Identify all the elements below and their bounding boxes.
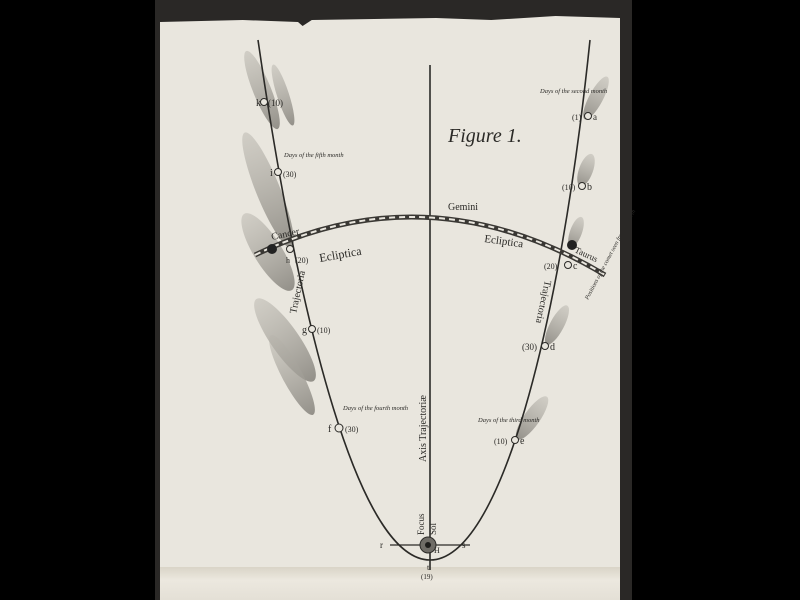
point-c-letter: c bbox=[573, 261, 578, 272]
ecliptic-label-left: Ecliptica bbox=[318, 244, 363, 265]
figure-title: Figure 1. bbox=[447, 125, 522, 147]
note-fifth-month: Days of the fifth month bbox=[283, 152, 344, 159]
point-e-days: (10) bbox=[494, 437, 508, 446]
point-t-value: (19) bbox=[421, 573, 433, 581]
sol-label: Sol bbox=[428, 522, 438, 535]
note-second-month: Days of the second month bbox=[539, 88, 607, 95]
comet-tails-right bbox=[511, 74, 614, 444]
point-s-label: s bbox=[462, 540, 466, 550]
note-third-month: Days of the third month bbox=[477, 417, 540, 424]
point-k-days: (10) bbox=[268, 98, 283, 108]
point-d-letter: d bbox=[550, 342, 555, 353]
focus-label: Focus bbox=[416, 513, 426, 535]
point-r-label: r bbox=[380, 540, 383, 550]
point-h-days: (20) bbox=[295, 256, 309, 265]
point-e-letter: e bbox=[520, 436, 525, 447]
point-h-letter: h bbox=[286, 256, 290, 265]
point-a-days: (1) bbox=[572, 113, 582, 122]
axis-label: Axis Trajectoriæ bbox=[418, 395, 429, 462]
point-a-letter: a bbox=[593, 112, 597, 122]
comet-diagram: Figure 1. Gemini Ecliptica Ecliptica Can… bbox=[0, 0, 800, 600]
point-g-days: (10) bbox=[317, 326, 331, 335]
point-i-days: (30) bbox=[283, 170, 297, 179]
point-b-letter: b bbox=[587, 182, 592, 193]
point-f-days: (30) bbox=[345, 425, 359, 434]
point-g-letter: g bbox=[302, 325, 307, 336]
point-b-days: (10) bbox=[562, 183, 576, 192]
sun-point-label: H bbox=[434, 546, 440, 555]
point-c-days: (20) bbox=[544, 262, 558, 271]
cancer-dot bbox=[267, 244, 277, 254]
point-d-days: (30) bbox=[522, 342, 537, 352]
point-f-letter: f bbox=[328, 424, 332, 435]
point-k-letter: k bbox=[256, 98, 261, 109]
trajectory-label-right: Trajectoria bbox=[533, 279, 553, 324]
gemini-label: Gemini bbox=[448, 202, 478, 213]
note-fourth-month: Days of the fourth month bbox=[342, 405, 408, 412]
point-i-letter: i bbox=[270, 168, 273, 179]
